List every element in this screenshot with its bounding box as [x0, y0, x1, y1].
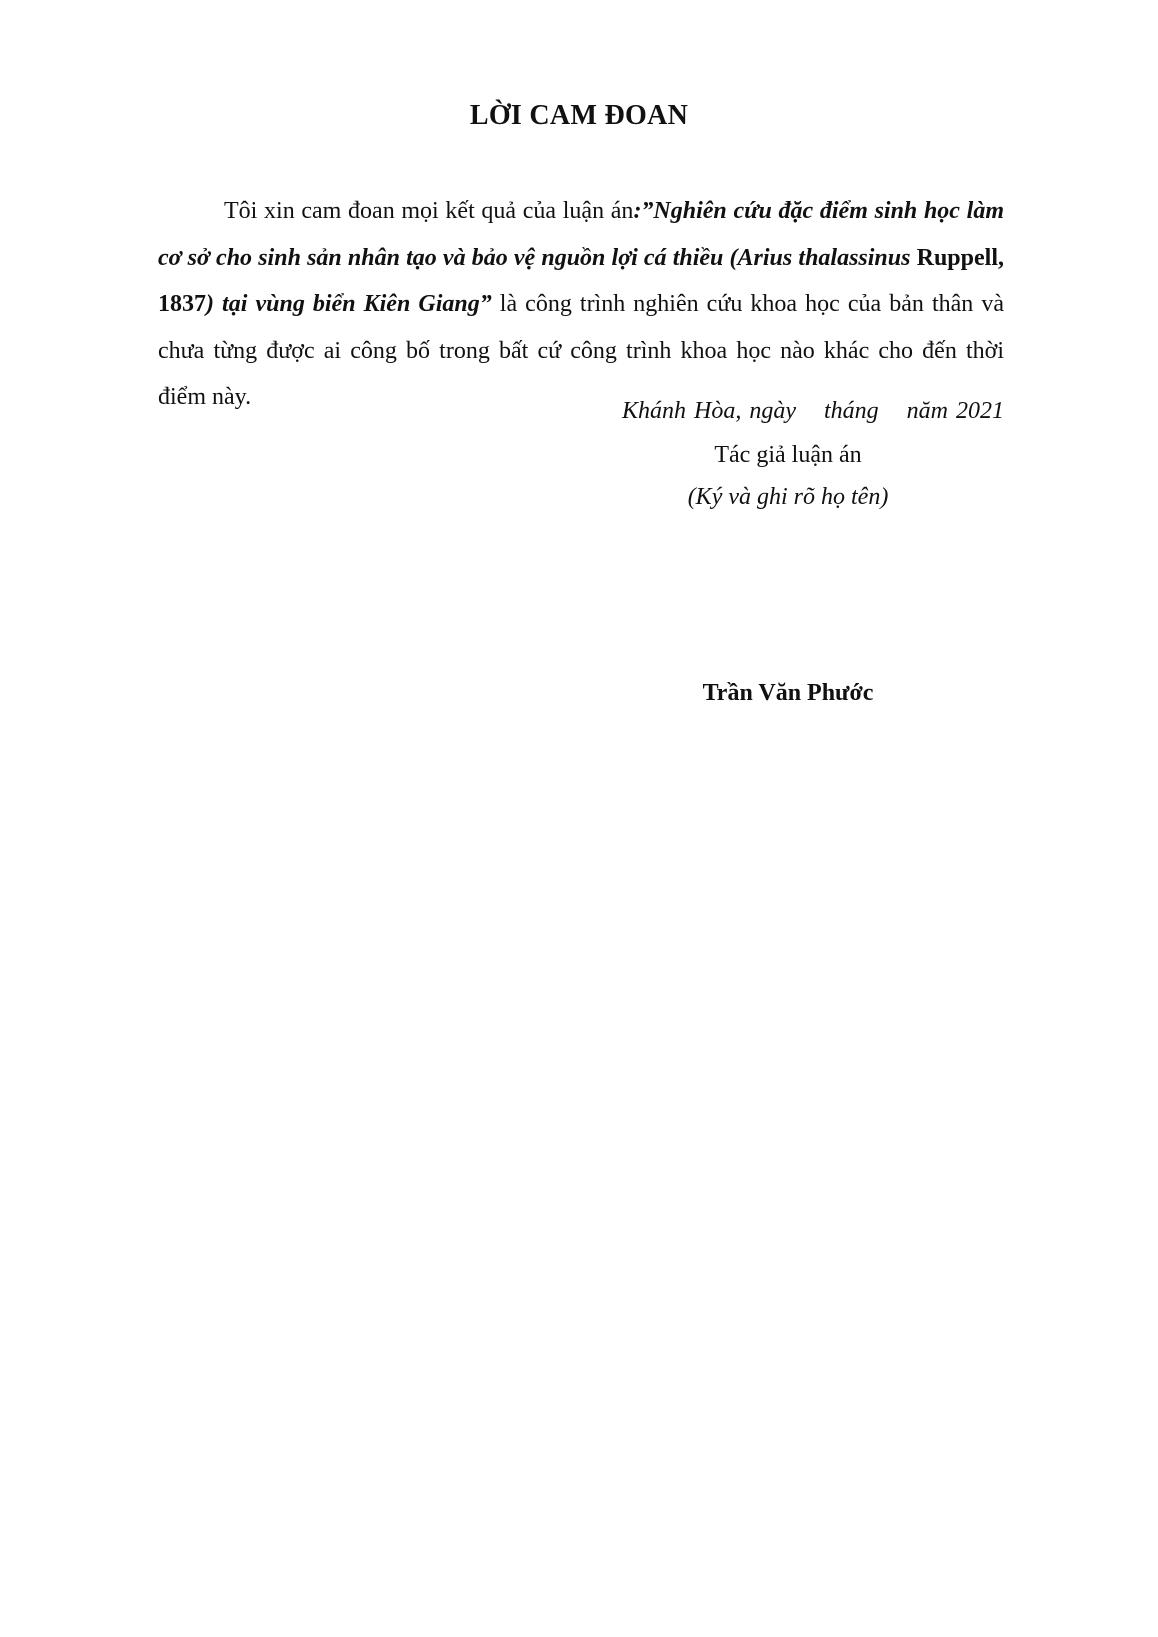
- month-label: tháng: [824, 398, 879, 424]
- thesis-title-part3: ) tại vùng biển Kiên Giang”: [206, 291, 492, 317]
- place-date-line: Khánh Hòa, ngàythángnăm 2021: [600, 398, 1004, 425]
- author-label: Tác giả luận án: [600, 442, 976, 469]
- year-label: năm 2021: [907, 398, 1004, 424]
- place-date-prefix: Khánh Hòa, ngày: [622, 398, 796, 424]
- author-name: Trần Văn Phước: [600, 680, 976, 707]
- sign-note: (Ký và ghi rõ họ tên): [600, 484, 976, 511]
- page-title: LỜI CAM ĐOAN: [0, 100, 1158, 132]
- declaration-paragraph: Tôi xin cam đoan mọi kết quả của luận án…: [158, 188, 1004, 421]
- declaration-intro: Tôi xin cam đoan mọi kết quả của luận án: [224, 198, 633, 224]
